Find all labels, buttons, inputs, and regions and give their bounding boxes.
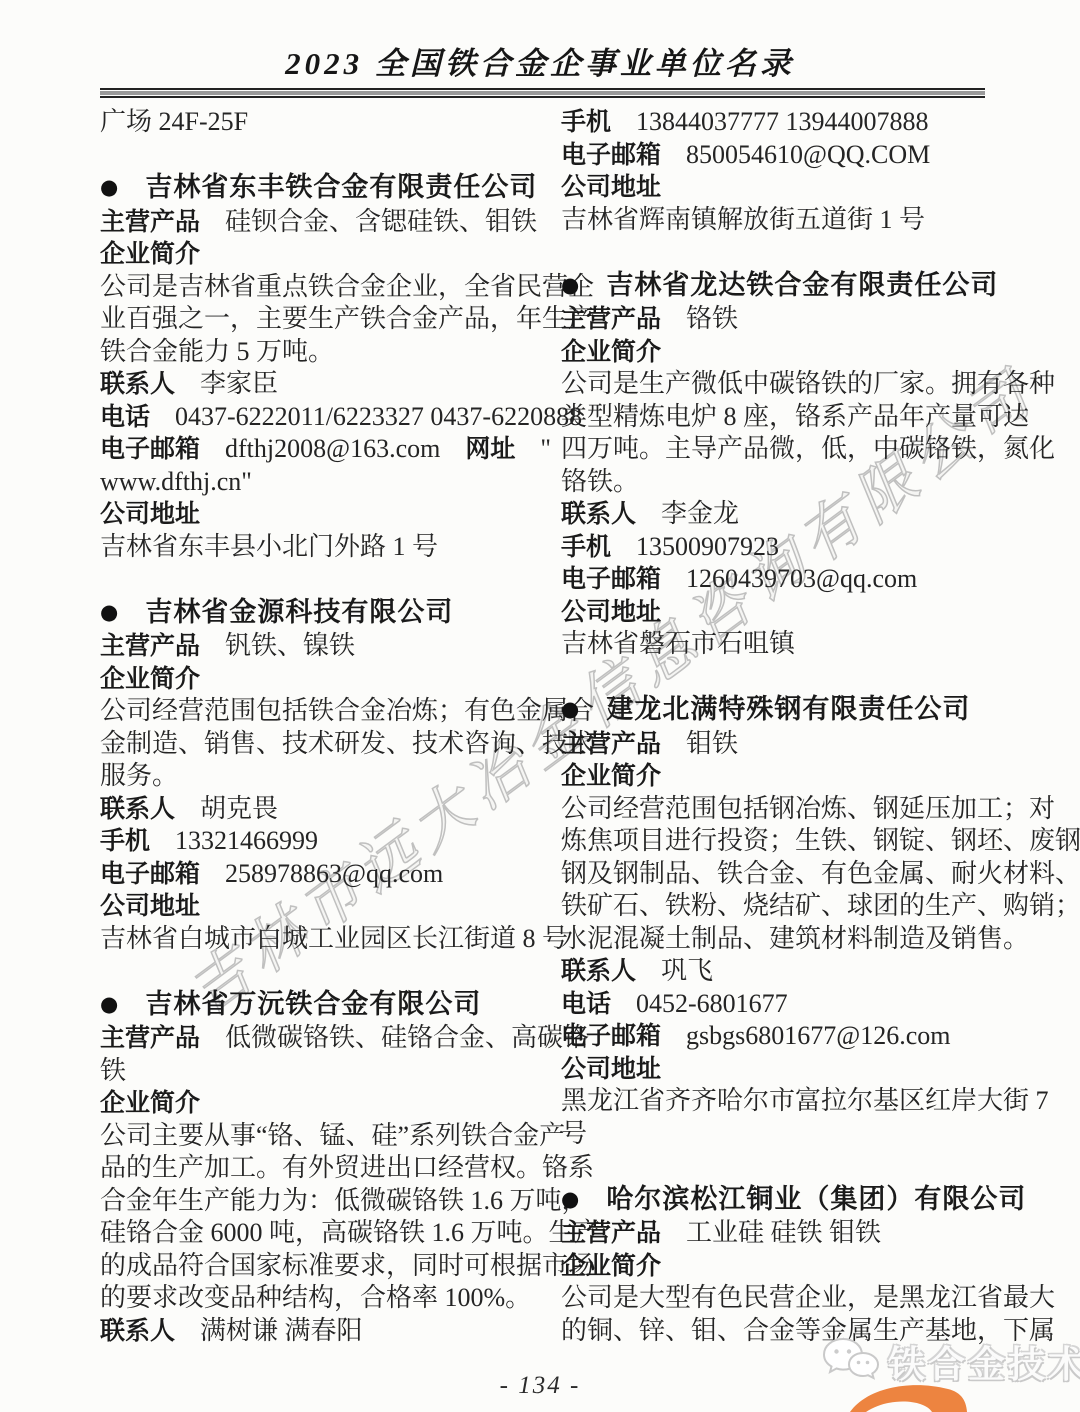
text-segment: 工业硅 硅铁 钼铁 — [686, 1218, 881, 1247]
field-label: 公司地址 — [100, 500, 200, 528]
text-segment: 公司经营范围包括钢冶炼、钢延压加工；对 — [561, 794, 1055, 823]
text-segment: 铬铁。 — [561, 467, 639, 496]
text-line: 联系人胡克畏 — [100, 793, 525, 826]
text-segment: 满树谦 满春阳 — [200, 1316, 363, 1345]
text-line: 公司是生产微低中碳铬铁的厂家。拥有各种 — [561, 368, 986, 401]
field-label: 电子邮箱 — [561, 141, 661, 169]
text-segment: 金制造、销售、技术研发、技术咨询、技术 — [100, 729, 594, 758]
orange-logo-fragment — [836, 1383, 968, 1412]
text-line: 主营产品工业硅 硅铁 钼铁 — [561, 1217, 986, 1250]
text-line: 钢及钢制品、铁合金、有色金属、耐火材料、 — [561, 858, 986, 891]
continued-entry: 手机13844037777 13944007888电子邮箱850054610@Q… — [561, 106, 986, 236]
field-label: 企业简介 — [561, 1252, 661, 1280]
bullet-icon: ● — [561, 1183, 579, 1216]
text-line: 四万吨。主导产品微，低，中碳铬铁，氮化 — [561, 433, 986, 466]
text-line: 吉林省辉南镇解放街五道街 1 号 — [561, 204, 986, 237]
text-line: 硅铬合金 6000 吨，高碳铬铁 1.6 万吨。生产 — [100, 1217, 525, 1250]
company-name: 吉林省金源科技有限公司 — [145, 597, 453, 627]
text-line: 公司地址 — [100, 498, 525, 531]
text-segment: 广场 24F-25F — [100, 107, 248, 136]
text-line: 公司经营范围包括铁合金冶炼；有色金属合 — [100, 695, 525, 728]
text-segment: 类型精炼电炉 8 座，铬系产品年产量可达 — [561, 402, 1029, 431]
text-segment: 258978863@qq.com — [225, 859, 443, 888]
field-label: 公司地址 — [561, 173, 661, 201]
text-segment: 胡克畏 — [200, 794, 278, 823]
company-entry: ●吉林省万沅铁合金有限公司主营产品低微碳铬铁、硅铬合金、高碳铬铁企业简介公司主要… — [100, 988, 525, 1348]
field-label: 主营产品 — [100, 1024, 200, 1052]
text-line: 铬铁。 — [561, 466, 986, 499]
text-line: 电话0437-6222011/6223327 0437-6220888 — [100, 401, 525, 434]
text-segment: 13321466999 — [175, 826, 318, 855]
text-line: ●建龙北满特殊钢有限责任公司 — [561, 693, 986, 728]
field-label: 电子邮箱 — [561, 1022, 661, 1050]
field-label: 电话 — [561, 990, 611, 1018]
text-line: 公司经营范围包括钢冶炼、钢延压加工；对 — [561, 793, 986, 826]
right-column: 手机13844037777 13944007888电子邮箱850054610@Q… — [561, 106, 986, 1347]
bullet-icon: ● — [561, 269, 579, 302]
text-segment: 13500907923 — [636, 532, 779, 561]
header-divider — [100, 88, 985, 98]
text-segment: 的成品符合国家标准要求，同时可根据市场 — [100, 1251, 594, 1280]
company-entry: ●吉林省东丰铁合金有限责任公司主营产品硅钡合金、含锶硅铁、钼铁企业简介公司是吉林… — [100, 171, 525, 563]
field-label: 主营产品 — [561, 730, 661, 758]
text-segment: 巩飞 — [661, 956, 713, 985]
company-name: 哈尔滨松江铜业（集团）有限公司 — [606, 1184, 1026, 1214]
text-segment: 品的生产加工。有外贸进出口经营权。铬系 — [100, 1153, 594, 1182]
field-label: 网址 — [465, 435, 515, 463]
text-segment: 业百强之一，主要生产铁合金产品，年生产 — [100, 304, 594, 333]
text-segment: 黑龙江省齐齐哈尔市富拉尔基区红岸大街 7 — [561, 1086, 1049, 1115]
text-line: 主营产品铬铁 — [561, 303, 986, 336]
field-label: 主营产品 — [561, 1219, 661, 1247]
text-segment: 公司主要从事“铬、锰、硅”系列铁合金产 — [100, 1121, 565, 1150]
text-segment: 合金年生产能力为：低微碳铬铁 1.6 万吨， — [100, 1186, 588, 1215]
text-line: 主营产品钒铁、镍铁 — [100, 630, 525, 663]
text-segment: 铬铁 — [686, 304, 738, 333]
text-line: 的要求改变品种结构，合格率 100%。 — [100, 1282, 525, 1315]
directory-page: 2023 全国铁合金企事业单位名录 吉林市远大冶金信息咨询有限公司 广场 24F… — [0, 0, 1080, 1412]
field-label: 企业简介 — [100, 1089, 200, 1117]
text-line: 电子邮箱1260439703@qq.com — [561, 563, 986, 596]
field-label: 联系人 — [561, 957, 636, 985]
text-line: 手机13844037777 13944007888 — [561, 106, 986, 139]
text-line: 手机13321466999 — [100, 825, 525, 858]
two-column-body: 广场 24F-25F●吉林省东丰铁合金有限责任公司主营产品硅钡合金、含锶硅铁、钼… — [100, 106, 986, 1347]
text-line: 电子邮箱850054610@QQ.COM — [561, 139, 986, 172]
company-entry: ●建龙北满特殊钢有限责任公司主营产品钼铁企业简介公司经营范围包括钢冶炼、钢延压加… — [561, 693, 986, 1150]
field-label: 企业简介 — [100, 665, 200, 693]
text-line: www.dfthj.cn" — [100, 466, 525, 499]
text-line: 公司地址 — [561, 596, 986, 629]
text-segment: gsbgs6801677@126.com — [686, 1021, 950, 1050]
company-entry: ●吉林省龙达铁合金有限责任公司主营产品铬铁企业简介公司是生产微低中碳铬铁的厂家。… — [561, 269, 986, 661]
text-line: 手机13500907923 — [561, 531, 986, 564]
text-line: 吉林省磐石市石咀镇 — [561, 628, 986, 661]
text-line: 吉林省东丰县小北门外路 1 号 — [100, 531, 525, 564]
text-line: 号 — [561, 1118, 986, 1151]
continued-entry: 广场 24F-25F — [100, 106, 525, 139]
text-line: 金制造、销售、技术研发、技术咨询、技术 — [100, 728, 525, 761]
text-segment: 号 — [561, 1119, 587, 1148]
text-segment: 吉林省白城市白城工业园区长江街道 8 号 — [100, 924, 568, 953]
text-line: 广场 24F-25F — [100, 106, 525, 139]
text-segment: 850054610@QQ.COM — [686, 140, 930, 169]
text-segment: 炼焦项目进行投资；生铁、钢锭、钢坯、废钢、 — [561, 826, 1080, 855]
bottom-watermark: 铁合金技术网 — [822, 1334, 1080, 1388]
text-segment: 0437-6222011/6223327 0437-6220888 — [175, 402, 582, 431]
field-label: 主营产品 — [100, 208, 200, 236]
field-label: 联系人 — [100, 795, 175, 823]
field-label: 手机 — [561, 108, 611, 136]
company-entry: ●吉林省金源科技有限公司主营产品钒铁、镍铁企业简介公司经营范围包括铁合金冶炼；有… — [100, 596, 525, 956]
text-line: ●吉林省万沅铁合金有限公司 — [100, 988, 525, 1023]
text-segment: 水泥混凝土制品、建筑材料制造及销售。 — [561, 924, 1029, 953]
field-label: 电子邮箱 — [100, 435, 200, 463]
text-line: ●吉林省东丰铁合金有限责任公司 — [100, 171, 525, 206]
text-line: 联系人满树谦 满春阳 — [100, 1315, 525, 1348]
field-label: 手机 — [100, 827, 150, 855]
company-name: 吉林省龙达铁合金有限责任公司 — [606, 270, 998, 300]
bullet-icon: ● — [100, 988, 118, 1021]
text-line: 铁 — [100, 1055, 525, 1088]
text-line: 企业简介 — [100, 238, 525, 271]
text-line: 铁矿石、铁粉、烧结矿、球团的生产、购销； — [561, 890, 986, 923]
page-title: 2023 全国铁合金企事业单位名录 — [0, 38, 1080, 83]
text-line: 企业简介 — [561, 336, 986, 369]
text-line: 铁合金能力 5 万吨。 — [100, 336, 525, 369]
text-segment: 公司是生产微低中碳铬铁的厂家。拥有各种 — [561, 369, 1055, 398]
text-line: 公司地址 — [100, 890, 525, 923]
text-segment: www.dfthj.cn" — [100, 467, 252, 496]
text-line: 电子邮箱258978863@qq.com — [100, 858, 525, 891]
text-segment: 服务。 — [100, 761, 178, 790]
text-segment: 的要求改变品种结构，合格率 100%。 — [100, 1283, 531, 1312]
text-line: 企业简介 — [561, 1250, 986, 1283]
text-segment: 钒铁、镍铁 — [225, 631, 355, 660]
field-label: 主营产品 — [561, 305, 661, 333]
field-label: 联系人 — [100, 1317, 175, 1345]
text-line: 联系人李家臣 — [100, 368, 525, 401]
field-label: 联系人 — [561, 500, 636, 528]
field-label: 电子邮箱 — [100, 860, 200, 888]
text-line: 联系人巩飞 — [561, 955, 986, 988]
text-line: 的成品符合国家标准要求，同时可根据市场 — [100, 1250, 525, 1283]
text-segment: 公司是吉林省重点铁合金企业，全省民营企 — [100, 272, 594, 301]
text-segment: 13844037777 13944007888 — [636, 107, 929, 136]
text-segment: 李金龙 — [661, 499, 739, 528]
text-segment: 硅钡合金、含锶硅铁、钼铁 — [225, 207, 537, 236]
text-line: 电子邮箱gsbgs6801677@126.com — [561, 1020, 986, 1053]
text-segment: 四万吨。主导产品微，低，中碳铬铁，氮化 — [561, 434, 1055, 463]
field-label: 企业简介 — [561, 762, 661, 790]
company-entry: ●哈尔滨松江铜业（集团）有限公司主营产品工业硅 硅铁 钼铁企业简介公司是大型有色… — [561, 1183, 986, 1348]
field-label: 企业简介 — [100, 240, 200, 268]
field-label: 主营产品 — [100, 632, 200, 660]
company-name: 吉林省东丰铁合金有限责任公司 — [145, 172, 537, 202]
text-line: 吉林省白城市白城工业园区长江街道 8 号 — [100, 923, 525, 956]
text-line: 主营产品硅钡合金、含锶硅铁、钼铁 — [100, 206, 525, 239]
field-label: 公司地址 — [561, 1055, 661, 1083]
text-segment: 李家臣 — [200, 369, 278, 398]
company-name: 吉林省万沅铁合金有限公司 — [145, 989, 481, 1019]
field-label: 电话 — [100, 403, 150, 431]
text-line: 业百强之一，主要生产铁合金产品，年生产 — [100, 303, 525, 336]
wechat-icon — [822, 1335, 880, 1387]
text-segment: 吉林省磐石市石咀镇 — [561, 629, 795, 658]
field-label: 公司地址 — [100, 892, 200, 920]
text-segment: 钼铁 — [686, 729, 738, 758]
text-line: ●吉林省金源科技有限公司 — [100, 596, 525, 631]
text-line: 品的生产加工。有外贸进出口经营权。铬系 — [100, 1152, 525, 1185]
text-segment: 公司经营范围包括铁合金冶炼；有色金属合 — [100, 696, 594, 725]
text-line: 主营产品钼铁 — [561, 728, 986, 761]
text-segment: 钢及钢制品、铁合金、有色金属、耐火材料、 — [561, 859, 1080, 888]
text-line: 电子邮箱dfthj2008@163.com网址" — [100, 433, 525, 466]
text-segment: 吉林省辉南镇解放街五道街 1 号 — [561, 205, 925, 234]
left-column: 广场 24F-25F●吉林省东丰铁合金有限责任公司主营产品硅钡合金、含锶硅铁、钼… — [100, 106, 525, 1347]
text-segment: 吉林省东丰县小北门外路 1 号 — [100, 532, 438, 561]
field-label: 企业简介 — [561, 338, 661, 366]
text-segment: 铁 — [100, 1056, 126, 1085]
field-label: 手机 — [561, 533, 611, 561]
text-segment: 低微碳铬铁、硅铬合金、高碳铬 — [225, 1023, 589, 1052]
text-line: 服务。 — [100, 760, 525, 793]
text-segment: 0452-6801677 — [636, 989, 788, 1018]
text-line: 主营产品低微碳铬铁、硅铬合金、高碳铬 — [100, 1022, 525, 1055]
text-line: ●吉林省龙达铁合金有限责任公司 — [561, 269, 986, 304]
text-line: 合金年生产能力为：低微碳铬铁 1.6 万吨， — [100, 1185, 525, 1218]
text-line: 电话0452-6801677 — [561, 988, 986, 1021]
text-line: 公司是吉林省重点铁合金企业，全省民营企 — [100, 271, 525, 304]
text-segment: 硅铬合金 6000 吨，高碳铬铁 1.6 万吨。生产 — [100, 1218, 601, 1247]
field-label: 联系人 — [100, 370, 175, 398]
text-segment: 1260439703@qq.com — [686, 564, 917, 593]
text-line: ●哈尔滨松江铜业（集团）有限公司 — [561, 1183, 986, 1218]
text-line: 类型精炼电炉 8 座，铬系产品年产量可达 — [561, 401, 986, 434]
text-line: 企业简介 — [100, 1087, 525, 1120]
text-line: 炼焦项目进行投资；生铁、钢锭、钢坯、废钢、 — [561, 825, 986, 858]
field-label: 公司地址 — [561, 598, 661, 626]
text-line: 水泥混凝土制品、建筑材料制造及销售。 — [561, 923, 986, 956]
bottom-watermark-label: 铁合金技术网 — [888, 1334, 1080, 1388]
text-line: 联系人李金龙 — [561, 498, 986, 531]
text-segment: 公司是大型有色民营企业，是黑龙江省最大 — [561, 1283, 1055, 1312]
text-line: 企业简介 — [100, 663, 525, 696]
text-line: 公司地址 — [561, 1053, 986, 1086]
text-segment: " — [540, 434, 551, 463]
field-label: 电子邮箱 — [561, 565, 661, 593]
text-segment: dfthj2008@163.com — [225, 434, 440, 463]
text-line: 企业简介 — [561, 760, 986, 793]
text-line: 黑龙江省齐齐哈尔市富拉尔基区红岸大街 7 — [561, 1085, 986, 1118]
bullet-icon: ● — [100, 596, 118, 629]
text-segment: 铁合金能力 5 万吨。 — [100, 337, 334, 366]
company-name: 建龙北满特殊钢有限责任公司 — [606, 694, 970, 724]
text-line: 公司是大型有色民营企业，是黑龙江省最大 — [561, 1282, 986, 1315]
text-line: 公司地址 — [561, 171, 986, 204]
bullet-icon: ● — [561, 693, 579, 726]
text-segment: 铁矿石、铁粉、烧结矿、球团的生产、购销； — [561, 891, 1080, 920]
bullet-icon: ● — [100, 171, 118, 204]
text-line: 公司主要从事“铬、锰、硅”系列铁合金产 — [100, 1120, 525, 1153]
